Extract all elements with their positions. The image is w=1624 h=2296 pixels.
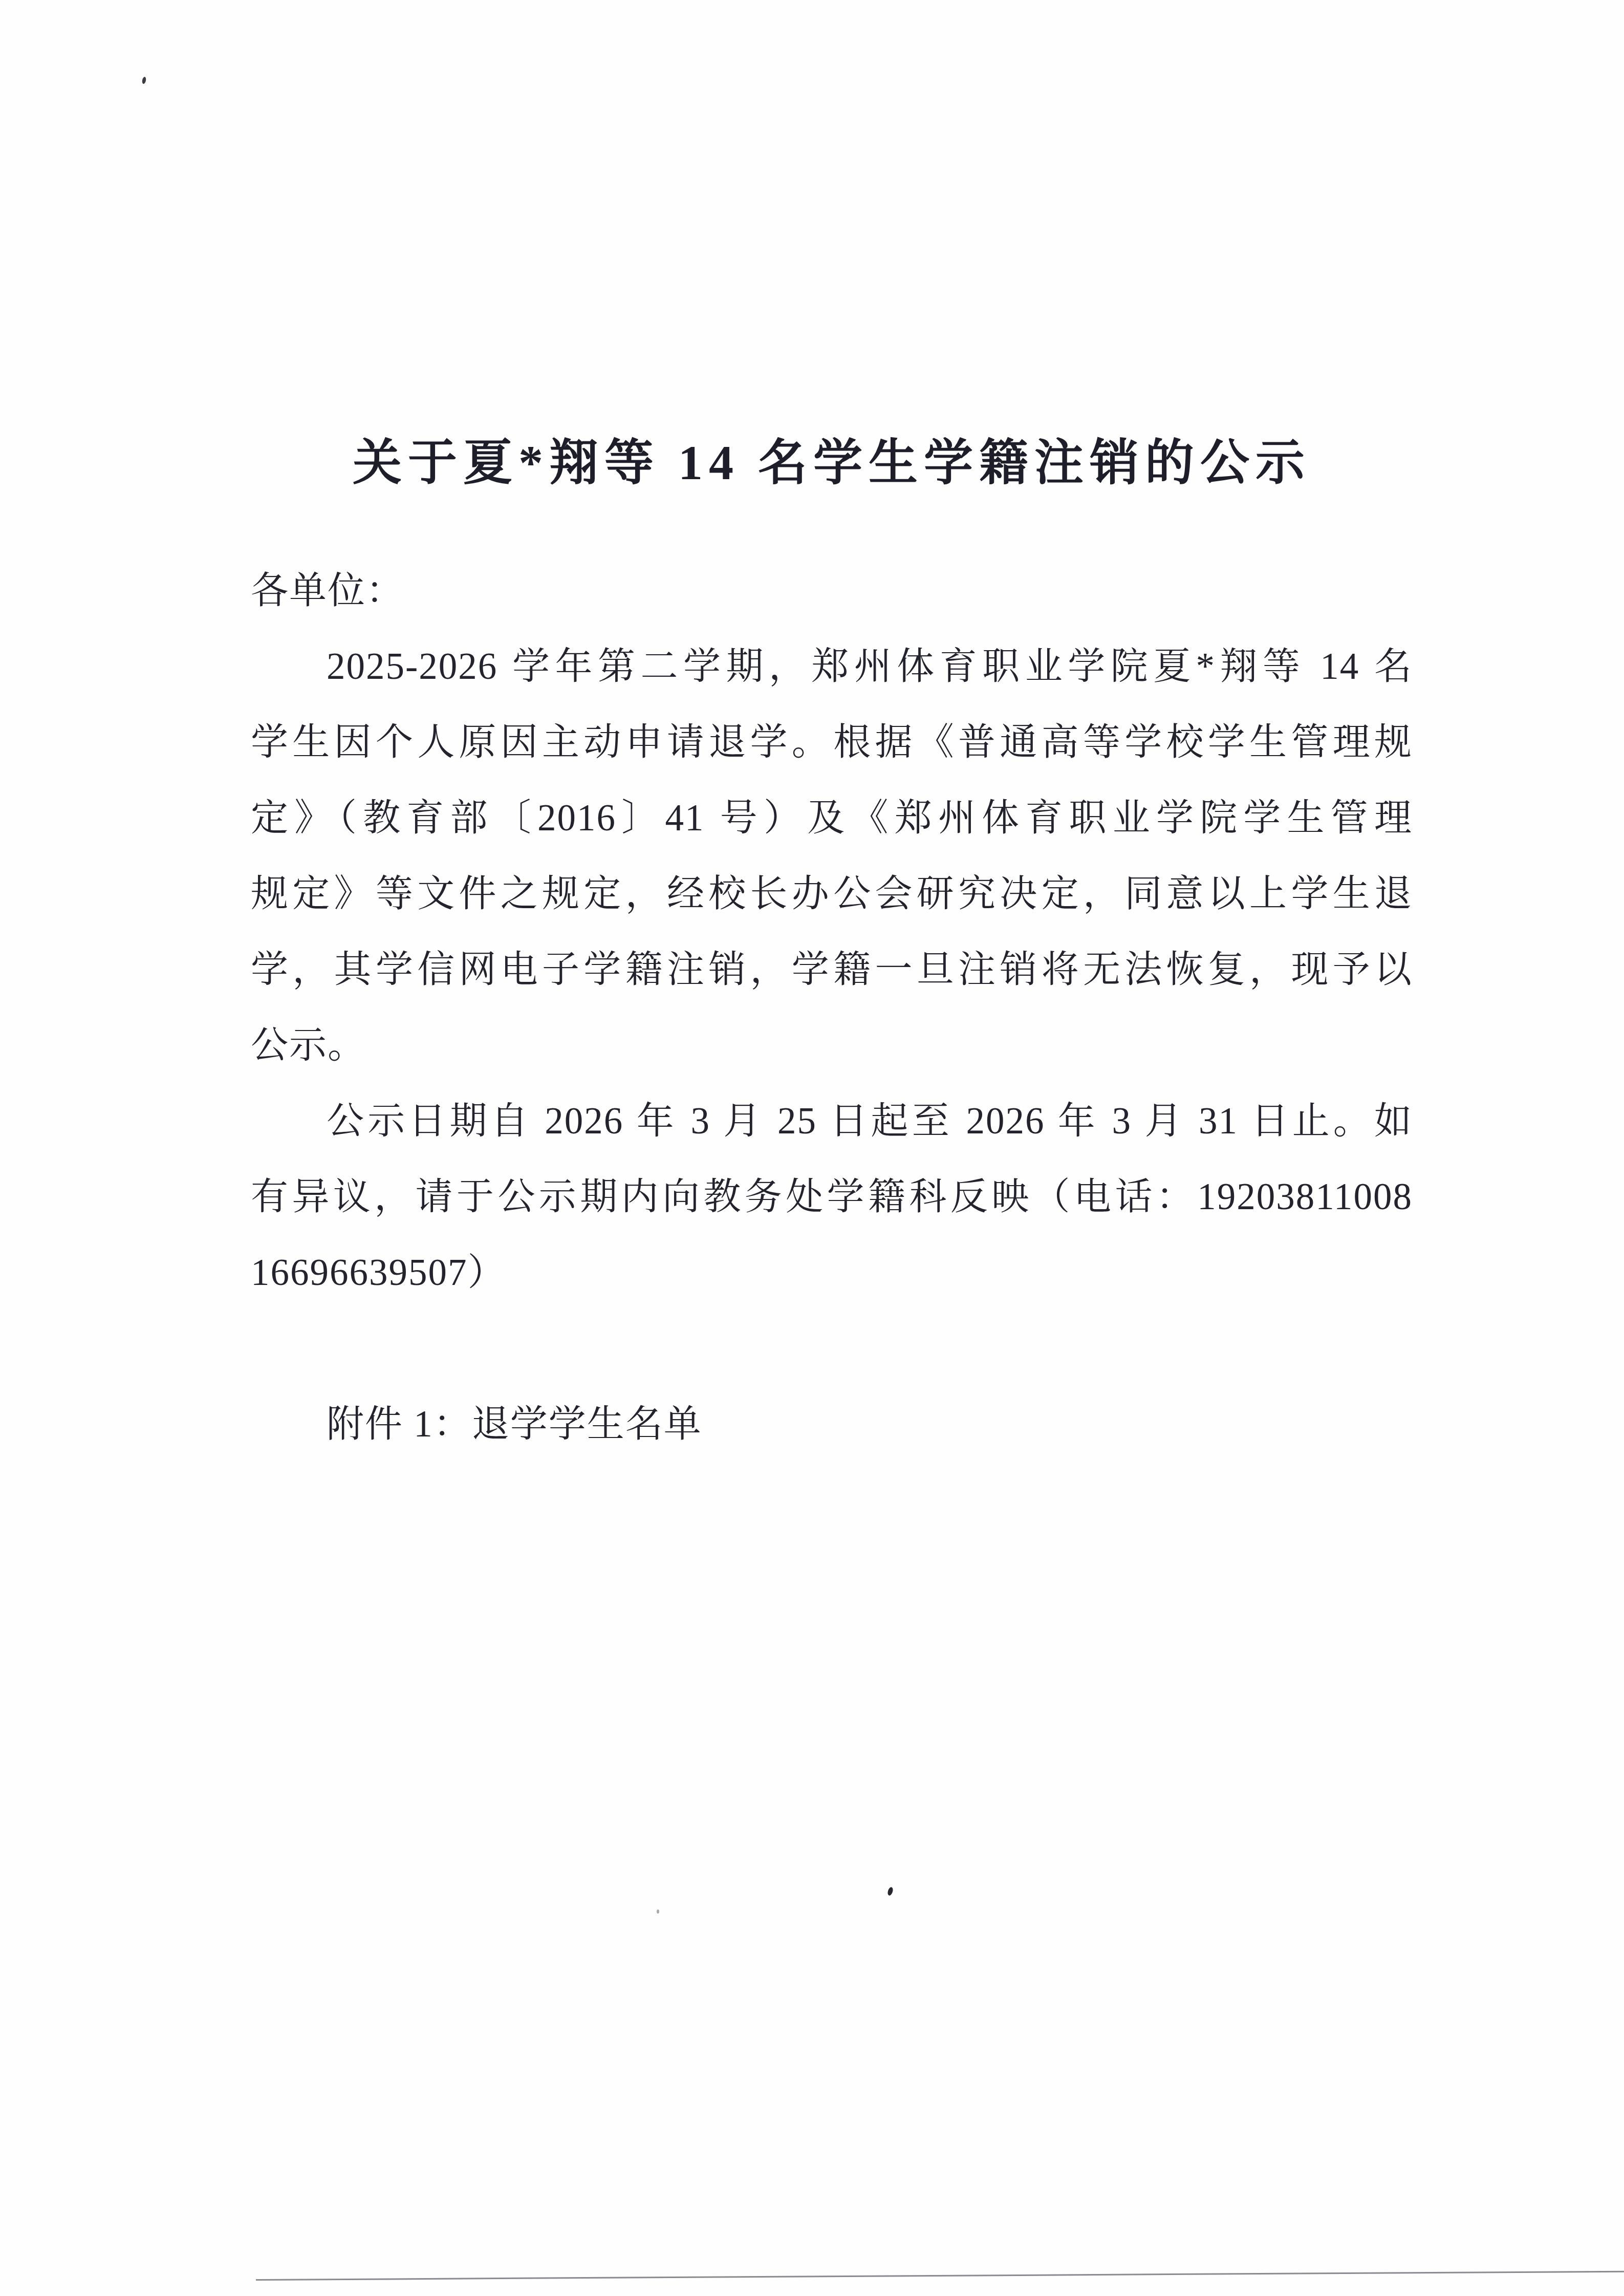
paragraph1-line-2: 学生因个人原因主动申请退学。根据《普通高等学校学生管理规	[251, 704, 1413, 780]
scan-artifact-speck	[142, 76, 147, 84]
scan-artifact-speck	[887, 1886, 894, 1896]
paragraph2-line-3: 16696639507）	[251, 1235, 1413, 1311]
blank-line	[251, 1311, 1413, 1386]
scan-artifact-speck	[657, 1909, 659, 1914]
attachment-line: 附件 1：退学学生名单	[251, 1386, 1413, 1462]
salutation-line: 各单位：	[251, 553, 1413, 629]
paragraph1-line-1: 2025-2026 学年第二学期，郑州体育职业学院夏*翔等 14 名	[251, 629, 1413, 704]
paragraph2-line-2: 有异议，请于公示期内向教务处学籍科反映（电话：19203811008	[251, 1159, 1413, 1235]
document-title: 关于夏*翔等 14 名学生学籍注销的公示	[251, 427, 1413, 499]
paragraph1-line-4: 规定》等文件之规定，经校长办公会研究决定，同意以上学生退	[251, 856, 1413, 932]
paragraph1-line-3: 定》（教育部〔2016〕41 号）及《郑州体育职业学院学生管理	[251, 780, 1413, 856]
paragraph1-line-6: 公示。	[251, 1007, 1413, 1083]
scanned-document-page: 关于夏*翔等 14 名学生学籍注销的公示 各单位： 2025-2026 学年第二…	[0, 0, 1624, 2296]
paragraph2-line-1: 公示日期自 2026 年 3 月 25 日起至 2026 年 3 月 31 日止…	[251, 1083, 1413, 1159]
scan-page-edge-line	[256, 2271, 1624, 2281]
paragraph1-line-5: 学，其学信网电子学籍注销，学籍一旦注销将无法恢复，现予以	[251, 932, 1413, 1007]
document-body: 各单位： 2025-2026 学年第二学期，郑州体育职业学院夏*翔等 14 名 …	[251, 553, 1413, 1462]
